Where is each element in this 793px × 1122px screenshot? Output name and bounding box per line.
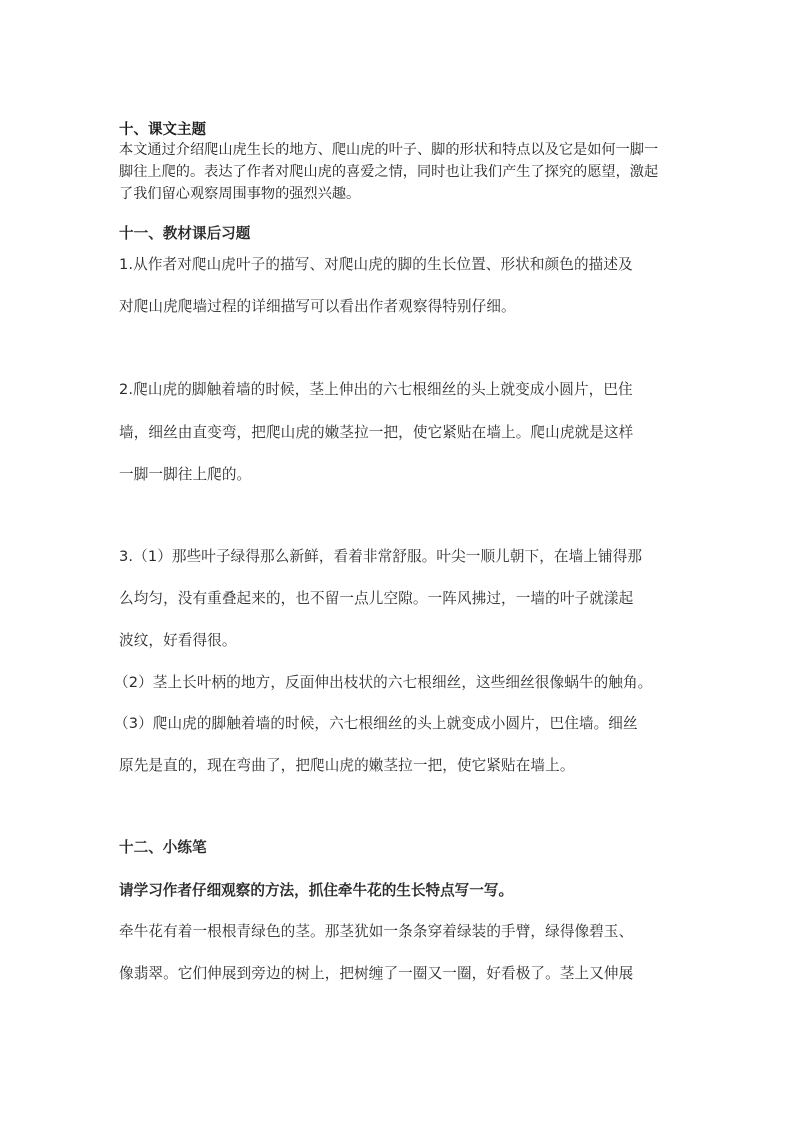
theme-paragraph-line: 本文通过介绍爬山虎生长的地方、爬山虎的叶子、脚的形状和特点以及它是如何一脚一	[119, 139, 658, 159]
answer-3-line: 么均匀，没有重叠起来的，也不留一点儿空隙。一阵风拂过，一墙的叶子就漾起	[119, 587, 633, 608]
section-heading-theme: 十、课文主题	[119, 118, 206, 139]
writing-prompt: 请学习作者仔细观察的方法，抓住牵牛花的生长特点写一写。	[119, 879, 513, 900]
document-page: 十、课文主题 本文通过介绍爬山虎生长的地方、爬山虎的叶子、脚的形状和特点以及它是…	[0, 0, 793, 1122]
answer-2-line: 墙，细丝由直变弯，把爬山虎的嫩茎拉一把，使它紧贴在墙上。爬山虎就是这样	[119, 421, 633, 442]
answer-3-line: 3.（1）那些叶子绿得那么新鲜，看着非常舒服。叶尖一顺儿朝下，在墙上铺得那	[119, 545, 642, 566]
answer-3-line: 波纹，好看得很。	[119, 629, 237, 650]
theme-paragraph-line: 了我们留心观察周围事物的强烈兴趣。	[119, 183, 360, 203]
answer-1-line: 1.从作者对爬山虎叶子的描写、对爬山虎的脚的生长位置、形状和颜色的描述及	[119, 253, 633, 274]
answer-3-line: 原先是直的，现在弯曲了，把爬山虎的嫩茎拉一把，使它紧贴在墙上。	[119, 754, 575, 775]
answer-3-line: （3）爬山虎的脚触着墙的时候，六七根细丝的头上就变成小圆片，巴住墙。细丝	[114, 712, 638, 733]
answer-2-line: 2.爬山虎的脚触着墙的时候，茎上伸出的六七根细丝的头上就变成小圆片，巴住	[119, 378, 633, 399]
section-heading-writing-practice: 十二、小练笔	[119, 836, 207, 857]
answer-2-line: 一脚一脚往上爬的。	[119, 463, 251, 484]
theme-paragraph-line: 脚往上爬的。表达了作者对爬山虎的喜爱之情，同时也让我们产生了探究的愿望，激起	[119, 161, 658, 181]
sample-paragraph-line: 牵牛花有着一根根青绿色的茎。那茎犹如一条条穿着绿装的手臂，绿得像碧玉、	[119, 920, 633, 941]
answer-3-line: （2）茎上长叶柄的地方，反面伸出枝状的六七根细丝，这些细丝很像蜗牛的触角。	[114, 671, 652, 692]
answer-1-line: 对爬山虎爬墙过程的详细描写可以看出作者观察得特别仔细。	[119, 295, 516, 316]
section-heading-exercises: 十一、教材课后习题	[119, 222, 250, 243]
sample-paragraph-line: 像翡翠。它们伸展到旁边的树上，把树缠了一圈又一圈，好看极了。茎上又伸展	[119, 962, 633, 983]
